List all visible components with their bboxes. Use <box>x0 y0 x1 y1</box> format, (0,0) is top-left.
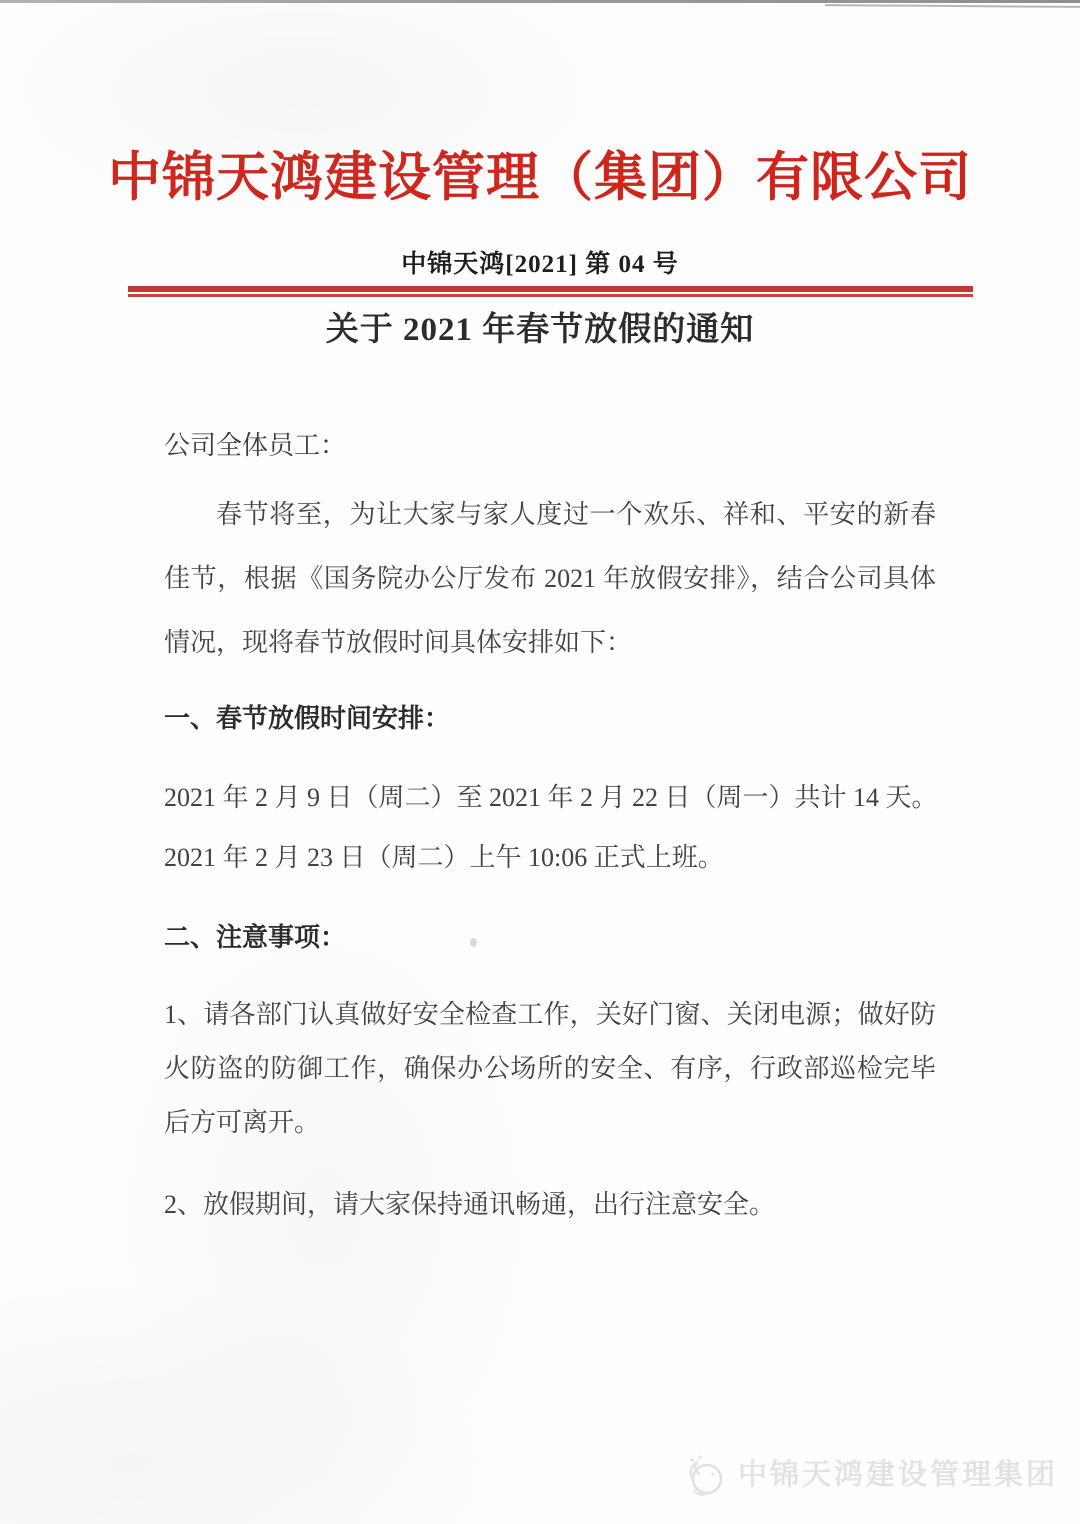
notice-title: 关于 2021 年春节放假的通知 <box>0 307 1080 353</box>
document-body: 公司全体员工： 春节将至，为让大家与家人度过一个欢乐、祥和、平安的新春佳节，根据… <box>164 429 936 1222</box>
watermark-text: 中锦天鸿建设管理集团 <box>738 1455 1058 1495</box>
scan-artifact-dot <box>470 938 477 947</box>
scanned-notice-page: 中锦天鸿建设管理（集团）有限公司 中锦天鸿[2021] 第 04 号 关于 20… <box>0 0 1080 1524</box>
company-title: 中锦天鸿建设管理（集团）有限公司 <box>0 0 1080 214</box>
intro-paragraph: 春节将至，为让大家与家人度过一个欢乐、祥和、平安的新春佳节，根据《国务院办公厅发… <box>164 483 936 675</box>
swan-swirl-logo-icon <box>682 1452 728 1498</box>
doc-number: 中锦天鸿[2021] 第 04 号 <box>0 248 1080 282</box>
salutation: 公司全体员工： <box>164 429 936 463</box>
section1-heading: 一、春节放假时间安排： <box>164 701 936 737</box>
notice-item-1: 1、请各部门认真做好安全检查工作，关好门窗、关闭电源；做好防火防盗的防御工作，确… <box>164 988 936 1150</box>
red-separator-rule <box>128 286 973 297</box>
document-header: 中锦天鸿建设管理（集团）有限公司 中锦天鸿[2021] 第 04 号 <box>0 0 1080 297</box>
section2-heading: 二、注意事项： <box>164 920 936 956</box>
return-to-work-line: 2021 年 2 月 23 日（周二）上午 10:06 正式上班。 <box>164 841 936 875</box>
footer-watermark: 中锦天鸿建设管理集团 <box>682 1452 1058 1498</box>
scan-edge-line <box>0 0 1080 3</box>
holiday-dates-line: 2021 年 2 月 9 日（周二）至 2021 年 2 月 22 日（周一）共… <box>164 781 936 815</box>
notice-item-2: 2、放假期间，请大家保持通讯畅通，出行注意安全。 <box>164 1188 936 1222</box>
